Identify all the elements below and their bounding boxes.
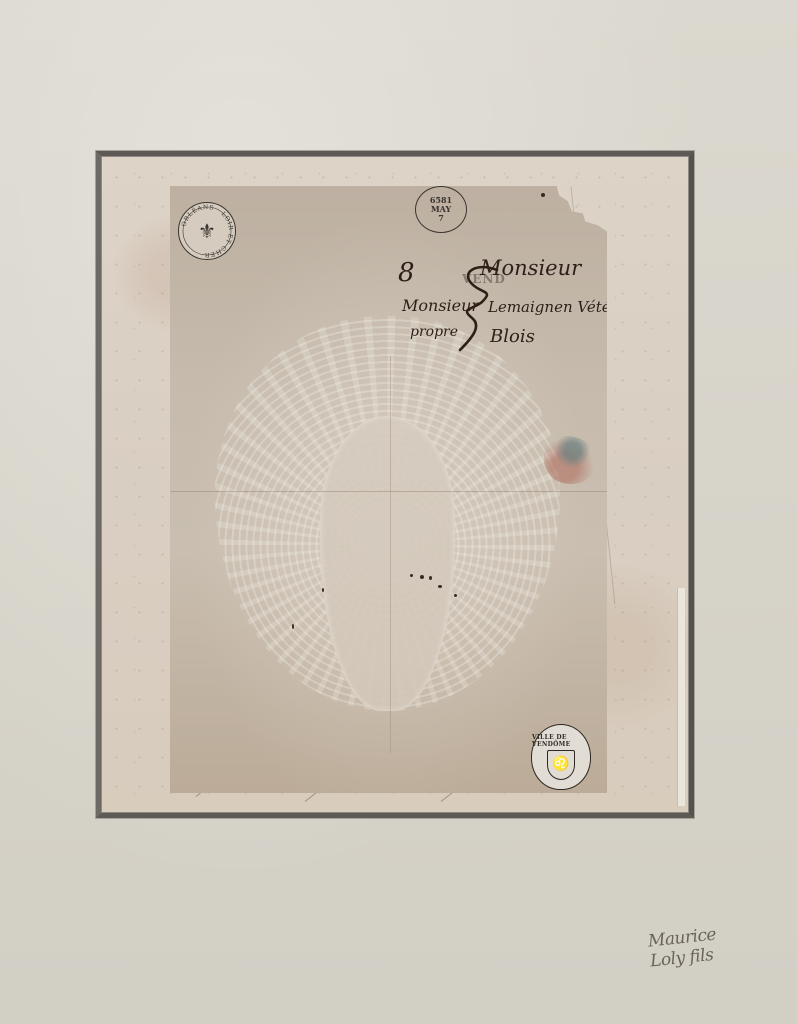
postmark: 6581 MAY 7 bbox=[415, 186, 467, 233]
fold-line-vertical bbox=[390, 356, 391, 753]
postmark-line-3: 7 bbox=[438, 214, 444, 223]
fold-line-horizontal bbox=[170, 491, 607, 492]
ink-spot bbox=[454, 594, 457, 597]
seal-orleans: ⚜ ORLÉANS · LOIR ET CHER bbox=[178, 202, 236, 260]
ink-spot bbox=[420, 575, 424, 579]
seal-ville-de-vendome: VILLE DE VENDÔME ♌ bbox=[531, 724, 591, 790]
address-line-3-right: Blois bbox=[490, 326, 535, 347]
ink-spot bbox=[410, 574, 413, 577]
svg-text:ORLÉANS · LOIR ET CHER: ORLÉANS · LOIR ET CHER bbox=[180, 204, 234, 258]
address-line-3-left: propre bbox=[410, 324, 458, 340]
lion-shield-icon: ♌ bbox=[547, 750, 575, 780]
address-number: 8 bbox=[398, 258, 415, 288]
ink-stain bbox=[544, 436, 596, 484]
signature: Maurice Loly fils bbox=[647, 925, 719, 972]
backing-paper-strip bbox=[677, 588, 685, 806]
ink-spot bbox=[438, 585, 442, 588]
ink-spot bbox=[322, 588, 324, 592]
ink-spot bbox=[429, 576, 432, 580]
ink-spot bbox=[541, 193, 545, 197]
letter-sheet: ⚜ ORLÉANS · LOIR ET CHER 6581 MAY 7 VEND… bbox=[170, 186, 607, 793]
seal-ring-text: VILLE DE VENDÔME bbox=[532, 734, 590, 748]
ink-spot bbox=[292, 624, 294, 629]
address-line-2-left: Monsieur bbox=[402, 296, 479, 315]
seal-ring-text: ORLÉANS · LOIR ET CHER bbox=[179, 203, 235, 259]
address-line-1: Monsieur bbox=[480, 256, 581, 280]
